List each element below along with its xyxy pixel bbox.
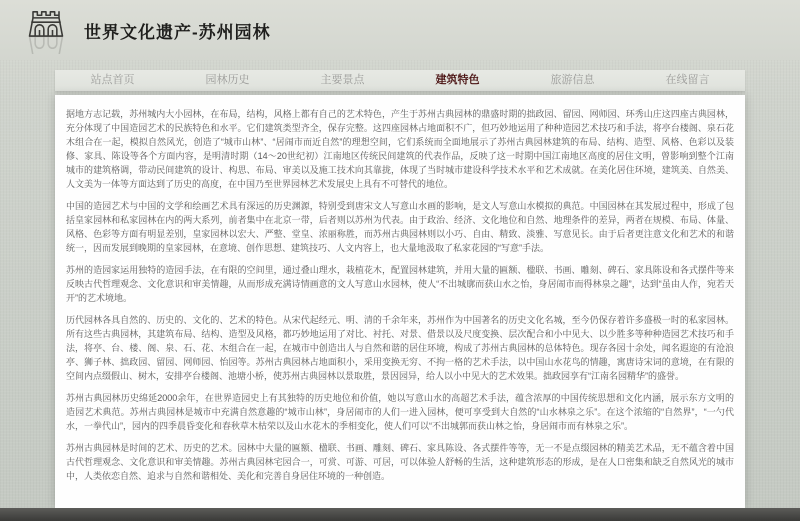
nav-item-home[interactable]: 站点首页 <box>55 70 170 91</box>
suzhou-gate-icon <box>20 6 72 54</box>
nav-item-history[interactable]: 园林历史 <box>170 70 285 91</box>
article-paragraph-4: 历代园林各具自然的、历史的、文化的、艺术的特色。从宋代起经元、明、清的千余年来，… <box>66 313 734 383</box>
article-paragraph-2: 中国的造园艺术与中国的文学和绘画艺术具有深远的历史渊源，特别受到唐宋文人写意山水… <box>66 199 734 255</box>
nav-item-guestbook[interactable]: 在线留言 <box>630 70 745 91</box>
nav-item-travel-info[interactable]: 旅游信息 <box>515 70 630 91</box>
site-title: 世界文化遗产-苏州园林 <box>84 18 271 43</box>
footer-bar <box>0 508 800 521</box>
nav-item-attractions[interactable]: 主要景点 <box>285 70 400 91</box>
site-header: 世界文化遗产-苏州园林 <box>0 0 800 60</box>
nav-item-architecture[interactable]: 建筑特色 <box>400 70 515 91</box>
article-paragraph-5: 苏州古典园林历史绵延2000余年，在世界造园史上有其独特的历史地位和价值，她以写… <box>66 391 734 433</box>
page: 世界文化遗产-苏州园林 站点首页 园林历史 主要景点 建筑特色 旅游信息 在线留… <box>0 0 800 521</box>
article-paragraph-1: 据地方志记载，苏州城内大小园林，在布局，结构，风格上都有自己的艺术特色，产生于苏… <box>66 107 734 191</box>
article-paragraph-3: 苏州的造园家运用独特的造园手法，在有限的空间里，通过叠山理水，栽植花木，配置园林… <box>66 263 734 305</box>
content-panel: 据地方志记载，苏州城内大小园林，在布局，结构，风格上都有自己的艺术特色，产生于苏… <box>55 95 745 508</box>
main-nav: 站点首页 园林历史 主要景点 建筑特色 旅游信息 在线留言 <box>55 70 745 91</box>
article-paragraph-6: 苏州古典园林是时间的艺术、历史的艺术。园林中大量的匾额、楹联、书画、雕刻、碑石、… <box>66 441 734 483</box>
